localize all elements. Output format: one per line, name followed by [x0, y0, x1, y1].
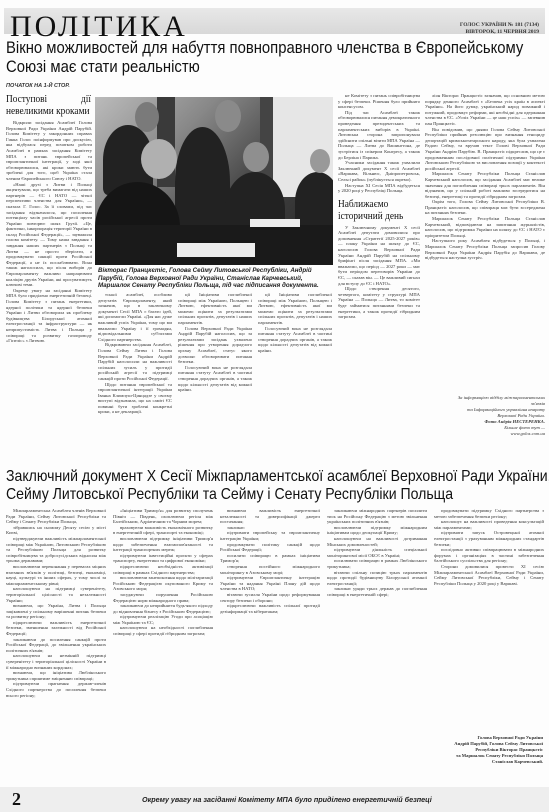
newspaper-page: ПОЛІТИКА ГОЛОС УКРАЇНИ № 181 (7134) ВІВТ…	[0, 0, 549, 812]
paragraph: Наступного року Асамблея відбудеться у П…	[425, 238, 545, 260]
website-link[interactable]: www.golos.com.ua	[455, 431, 545, 437]
paragraph: ції Ініціативи поглибленої співпраці між…	[178, 292, 252, 326]
paragraph: наголошуючи на необхідності поглиблення …	[113, 625, 213, 636]
paragraph: «Ініціативи Тримор'я» для розвитку сполу…	[113, 508, 213, 525]
paragraph: засуджуючи порушення Російською Федераці…	[113, 592, 213, 603]
article2-column-5: продовжувати підтримку Східного партнерс…	[434, 508, 544, 733]
paragraph: У Заключному документі Х сесії Асамблеї …	[338, 225, 420, 287]
paragraph: не Комітету з питань співробітництва у с…	[338, 93, 420, 110]
paragraph: підтримати європейську та євроатлантичну…	[220, 530, 320, 541]
paragraph: підкреслюючи важливість енергетичної без…	[6, 620, 106, 637]
article1-column-4: не Комітету з питань співробітництва у с…	[338, 93, 420, 455]
person-head	[141, 139, 177, 179]
paragraph: підтримати запуск Островецької атомної е…	[434, 530, 544, 547]
paragraph: визнаючи, що Україна, Литва і Польща зац…	[6, 603, 106, 620]
signing-ceremony-photo	[95, 97, 333, 265]
paragraph: підкреслюючи необхідність активізації сп…	[113, 564, 213, 575]
issue-date: ВІВТОРОК, 11 ЧЕРВНЯ 2019	[460, 29, 539, 36]
paragraph: висловлюючи занепокоєння щодо мілітариза…	[113, 575, 213, 592]
document-signatories: Голова Верховної Ради України Андрій Пар…	[428, 735, 543, 765]
article2-column-4: закликаючи міжнародних партнерів посилит…	[327, 508, 427, 783]
paragraph: підтримуючи прагнення держав-членів Схід…	[6, 681, 106, 698]
paragraph: посилити співпрацю в рамках ініціативи Т…	[220, 553, 320, 564]
paragraph: Відкриваючи засідання Асамблеї, Голова С…	[98, 342, 172, 381]
paragraph: наголошуючи на важливості дотримання Мін…	[327, 536, 427, 547]
paragraph: вітаючи зусилля України щодо реформуванн…	[220, 592, 320, 603]
paragraph: Міжпарламентська Асамблея членів Верховн…	[6, 508, 106, 525]
paragraph: Щодо питання європейської та євроатланти…	[98, 382, 172, 416]
section-header-bar: ПОЛІТИКА ГОЛОС УКРАЇНИ № 181 (7134) ВІВТ…	[4, 8, 545, 34]
paragraph: ліон Вікторас Пранцкєтіс зазначив, що ос…	[425, 93, 545, 127]
paragraph: враховуючи важливість економічного розви…	[113, 525, 213, 536]
paragraph: зібравшись на сьомому Десяту сесію у міс…	[6, 525, 106, 536]
paragraph: Відкрили засідання Асамблеї Голова Верхо…	[6, 120, 92, 182]
paragraph: Наступна XI Сесія МПА відбудеться у 2020…	[338, 183, 420, 194]
paragraph: Окрему увагу на засіданні Комітету МПА б…	[6, 288, 92, 344]
signatory-line: Станіслав Карчевський.	[428, 759, 543, 765]
paragraph: тської асамблеї, особливо депутатів Євро…	[98, 292, 172, 342]
paragraph: Сторони домовилися провести ХІ сесію Між…	[434, 564, 544, 586]
article-headline: Вікно можливостей для набуття повноправн…	[6, 39, 546, 77]
paragraph: визнаючи, що ініціатива Люблінського три…	[6, 670, 106, 681]
paragraph: наголошуючи на незмінній підтримці сувер…	[6, 653, 106, 670]
paragraph: створення постійного міжнародного моніто…	[220, 564, 320, 575]
continuation-kicker: ПОЧАТОК НА 1-Й СТОР.	[6, 83, 70, 89]
section-title: ПОЛІТИКА	[10, 12, 188, 42]
paragraph: послідовно активно співпрацювати в міжна…	[434, 547, 544, 564]
paragraph: Щодо створення десятого, четвертого, ком…	[338, 286, 420, 320]
paragraph: Голова Верховної Ради України Андрій Пар…	[178, 326, 252, 365]
paragraph: посилювати співпрацю в рамках Люблінсько…	[327, 558, 427, 569]
footer-tagline: Окрему увагу на засіданні Комітету МПА б…	[142, 795, 432, 804]
paragraph: закликає уряди трьох держав до поглиблен…	[327, 586, 427, 597]
photo-credit: За інформацією відділу міжпарламентських…	[455, 395, 545, 437]
paragraph: продовжувати політику санкцій щодо Росій…	[220, 542, 320, 553]
paragraph: наголошуючи на підтримці суверенітету, т…	[6, 586, 106, 603]
paragraph: висловлюючи переконання у перевагах міцн…	[6, 564, 106, 586]
article1-column-3b: ції Ініціативи поглибленої співпраці між…	[258, 292, 332, 455]
person-head	[135, 102, 159, 132]
article1-column-1: Поступові дії невеликими кроками Відкрил…	[6, 93, 92, 393]
paragraph: Голосуючий вона не розглядала питання ст…	[258, 326, 332, 354]
paragraph: наголошує на важливості проведення консу…	[434, 519, 544, 530]
page-number: 2	[12, 789, 21, 810]
article2-column-3: визнаючи важливість енергетичної незалеж…	[220, 508, 320, 783]
paragraph: ції Ініціативи поглибленої співпраці між…	[258, 292, 332, 326]
paragraph: Маршалок Сенату Республіки Польща Станіс…	[425, 216, 545, 238]
person-head	[243, 142, 269, 172]
paragraph: закликаючи до неприйняття будь-якого під…	[113, 603, 213, 614]
document-paper	[250, 219, 300, 227]
person	[295, 172, 333, 232]
paragraph: Він повідомив, що днями Голова Сейму Лит…	[425, 127, 545, 172]
paragraph: підтримуючи діяльність спеціальної моніт…	[327, 547, 427, 558]
paragraph: «Наші друзі з Литви і Польщі акцентували…	[6, 182, 92, 288]
paragraph: висловлюючи підтримку ініціативи Тримор'…	[113, 536, 213, 553]
paragraph: вітаючи спільну позицію трьох парламенті…	[327, 570, 427, 587]
subhead-historic-day: Наближаємо історичний день	[338, 198, 420, 222]
article2-column-2: «Ініціативи Тримор'я» для розвитку сполу…	[113, 508, 213, 783]
paragraph: визнаючи важливість енергетичної незалеж…	[220, 508, 320, 525]
subhead-gradual-steps: Поступові дії невеликими кроками	[6, 93, 91, 117]
paragraph: підтримуючи Євроатлантичну інтеграцію Ук…	[220, 575, 320, 592]
paragraph: висловлюючи підтримку міжнародним ініціа…	[327, 525, 427, 536]
paragraph: підтверджуючи важливість міжпарламентськ…	[6, 536, 106, 564]
article2-column-1: Міжпарламентська Асамблея членів Верховн…	[6, 508, 106, 783]
person-head	[215, 100, 241, 132]
paragraph: Маршалок Сенату Республіки Польща Станіс…	[425, 171, 545, 199]
article1-column-2: тської асамблеї, особливо депутатів Євро…	[98, 292, 172, 455]
paragraph: підкреслюючи важливість спільної протиді…	[220, 603, 320, 614]
issue-number: ГОЛОС УКРАЇНИ № 181 (7134)	[460, 22, 539, 29]
paragraph: Голосуючий вона не розглядала питання ст…	[178, 365, 252, 393]
article1-column-3: ції Ініціативи поглибленої співпраці між…	[178, 292, 252, 455]
paragraph: продовжувати підтримку Східного партнерс…	[434, 508, 544, 519]
person	[175, 127, 230, 237]
photo-caption: Вікторас Пранцкєтіс, Голова Сейму Литовс…	[98, 267, 334, 290]
person-head	[310, 149, 330, 173]
issue-info: ГОЛОС УКРАЇНИ № 181 (7134) ВІВТОРОК, 11 …	[460, 22, 539, 36]
article1-column-5: ліон Вікторас Пранцкєтіс зазначив, що ос…	[425, 93, 545, 393]
document-headline: Заключний документ Х Сесії Міжпарламентс…	[6, 468, 549, 504]
paragraph: підтримуючи інвестиційні проєкти у сфера…	[113, 553, 213, 564]
paragraph: підтримуючи реалізацію Угоди про асоціац…	[113, 614, 213, 625]
paragraph: Окрім того, Голова Сейму Литовської Респ…	[425, 199, 545, 216]
credit-line: За інформацією відділу міжпарламентських…	[455, 395, 545, 407]
paragraph: закликаючи до посилення санкцій проти Ро…	[6, 637, 106, 654]
paragraph: Під час Асамблеї також обговорювалися пи…	[338, 110, 420, 160]
paragraph: Учасники засідання також ухвалили Заключ…	[338, 160, 420, 182]
paragraph: закликаючи міжнародних партнерів посилит…	[327, 508, 427, 525]
document-paper	[177, 243, 255, 257]
